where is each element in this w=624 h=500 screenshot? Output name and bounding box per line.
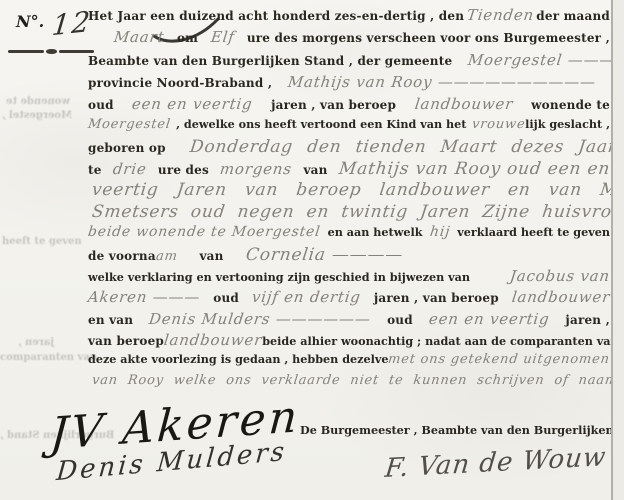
- printed-text: en aan hetwelk: [328, 225, 423, 239]
- printed-text: ure des: [158, 163, 209, 177]
- akte-line-16: van beroep landbouwer beide alhier woona…: [88, 331, 610, 349]
- printed-text: jaren , van beroep: [374, 291, 499, 305]
- record-number-value: 12: [51, 10, 93, 39]
- printed-text: ure des morgens verscheen voor ons Burge…: [247, 31, 610, 45]
- bleedthrough-fragment: wonende te: [6, 96, 70, 107]
- printed-text: deze akte voorlezing is gedaan , hebben …: [88, 352, 388, 366]
- printed-text: om: [177, 31, 198, 45]
- officiant-signature: F. Van de Wouw: [384, 442, 608, 484]
- bleedthrough-fragment: Moergestel ,: [2, 110, 72, 121]
- handwritten-entry: drie: [112, 160, 148, 178]
- printed-text: provincie Noord-Braband ,: [88, 76, 272, 90]
- handwritten-entry: am: [155, 249, 179, 264]
- ornamental-rule: [8, 49, 94, 54]
- handwritten-entry: Maart: [113, 28, 166, 46]
- akte-line-5: oud een en veertig jaren , van beroep la…: [88, 95, 610, 113]
- handwritten-entry: veertig Jaren van beroep landbouwer en v…: [91, 180, 624, 200]
- printed-text: jaren ,: [565, 313, 610, 327]
- handwritten-entry: Elf: [209, 28, 235, 46]
- handwritten-entry: landbouwer: [163, 331, 263, 349]
- handwritten-entry: Denis Mulders ——————: [148, 310, 372, 328]
- akte-line-13: welke verklaring en vertooning zijn gesc…: [88, 267, 610, 285]
- ornamental-rule-diamond: [46, 49, 57, 54]
- handwritten-entry: Mathijs van Rooy oud een en: [338, 159, 612, 179]
- handwritten-entry: Jacobus van: [509, 267, 611, 285]
- printed-text: en van: [88, 313, 133, 327]
- printed-text: van beroep: [88, 334, 164, 348]
- printed-text: beide alhier woonachtig ; nadat aan de c…: [262, 334, 618, 348]
- akte-line-18: van Rooy welke ons verklaarde niet te ku…: [88, 373, 614, 388]
- handwritten-entry: vrouwe: [471, 117, 526, 132]
- printed-text: Het Jaar een duizend acht honderd zes-en…: [88, 9, 464, 23]
- akte-line-11: beide wonende te Moergestel en aan hetwe…: [88, 224, 610, 240]
- handwritten-entry: Akeren ———: [87, 288, 201, 306]
- printed-text: oud: [387, 313, 413, 327]
- akte-line-7: geboren op Donderdag den tienden Maart d…: [88, 137, 610, 157]
- akte-line-3: Beambte van den Burgerlijken Stand , der…: [88, 51, 610, 69]
- akte-line-14: Akeren ——— oud vijf en dertig jaren , va…: [88, 288, 610, 306]
- printed-text: geboren op: [88, 141, 166, 155]
- handwritten-entry: met ons getekend uitgenomen Mathijs: [388, 352, 624, 367]
- akte-line-1: Het Jaar een duizend acht honderd zes-en…: [88, 6, 610, 24]
- akte-line-9: veertig Jaren van beroep landbouwer en v…: [88, 180, 614, 200]
- printed-text: oud: [88, 98, 114, 112]
- printed-text: der maand: [536, 9, 610, 23]
- bleedthrough-fragment: jaren ,: [18, 337, 54, 348]
- printed-text: oud: [213, 291, 239, 305]
- printed-text: wonende te: [531, 98, 610, 112]
- printed-text: verklaard heeft te geven: [457, 225, 610, 239]
- record-number-label: N°.: [16, 12, 44, 31]
- bleedthrough-fragment: heeft te geven: [2, 236, 82, 247]
- akte-line-15: en van Denis Mulders —————— oud een en v…: [88, 310, 610, 328]
- akte-line-4: provincie Noord-Braband , Mathijs van Ro…: [88, 73, 610, 91]
- page-edge-strip: [613, 0, 624, 500]
- printed-text: te: [88, 163, 102, 177]
- handwritten-entry: Mathijs van Rooy ——————————: [287, 73, 597, 91]
- handwritten-entry: Moergestel —————: [467, 51, 624, 69]
- handwritten-entry: hij: [429, 224, 451, 240]
- bleedthrough-fragment: Burgerlijken Stand ,: [0, 430, 114, 441]
- handwritten-entry: landbouwer: [511, 288, 611, 306]
- record-number: N°. 12: [16, 12, 92, 36]
- handwritten-entry: beide wonende te Moergestel: [87, 224, 321, 240]
- handwritten-entry: Donderdag den tienden Maart dezes Jaars: [188, 137, 624, 157]
- handwritten-entry: Smetsers oud negen en twintig Jaren Zijn…: [91, 202, 624, 222]
- officiant-title: De Burgemeester , Beambte van den Burger…: [300, 423, 624, 437]
- handwritten-entry: een en veertig: [131, 95, 254, 113]
- printed-text: van: [303, 163, 327, 177]
- handwritten-entry: landbouwer: [413, 95, 513, 113]
- ornamental-rule-left: [8, 50, 44, 53]
- akte-line-6: Moergestel , dewelke ons heeft vertoond …: [88, 117, 610, 132]
- handwritten-entry: morgens: [219, 160, 293, 178]
- akte-line-17: deze akte voorlezing is gedaan , hebben …: [88, 352, 610, 367]
- mixed-text-group: vrouwe lijk geslacht ,: [472, 117, 610, 132]
- printed-text: van: [200, 249, 224, 263]
- akte-line-2: Maart om Elf ure des morgens verscheen v…: [88, 28, 610, 46]
- akte-line-8: te drie ure des morgens van Mathijs van …: [88, 159, 610, 179]
- birth-certificate-scan: N°. 12 Het Jaar een duizend acht honderd…: [0, 0, 624, 500]
- printed-text: , dewelke ons heeft vertoond een Kind va…: [176, 117, 466, 131]
- printed-text: de voorna: [88, 249, 156, 263]
- page-fold-line: [611, 0, 613, 500]
- printed-text: welke verklaring en vertooning zijn gesc…: [88, 270, 470, 284]
- printed-text: Beambte van den Burgerlijken Stand , der…: [88, 54, 452, 68]
- mixed-text-group: de voorna am: [88, 249, 178, 264]
- printed-text: lijk geslacht ,: [525, 117, 610, 131]
- akte-line-10: Smetsers oud negen en twintig Jaren Zijn…: [88, 202, 614, 222]
- handwritten-entry: Cornelia ————: [244, 245, 404, 265]
- printed-text: jaren , van beroep: [271, 98, 396, 112]
- handwritten-entry: van Rooy welke ons verklaarde niet te ku…: [91, 373, 624, 388]
- handwritten-entry: een en veertig: [428, 310, 551, 328]
- handwritten-entry: Moergestel: [87, 117, 172, 132]
- bleedthrough-fragment: comparanten van: [0, 352, 97, 363]
- akte-line-12: de voorna am van Cornelia ————: [88, 245, 610, 265]
- handwritten-entry: vijf en dertig: [251, 288, 362, 306]
- handwritten-entry: Tienden: [466, 6, 535, 24]
